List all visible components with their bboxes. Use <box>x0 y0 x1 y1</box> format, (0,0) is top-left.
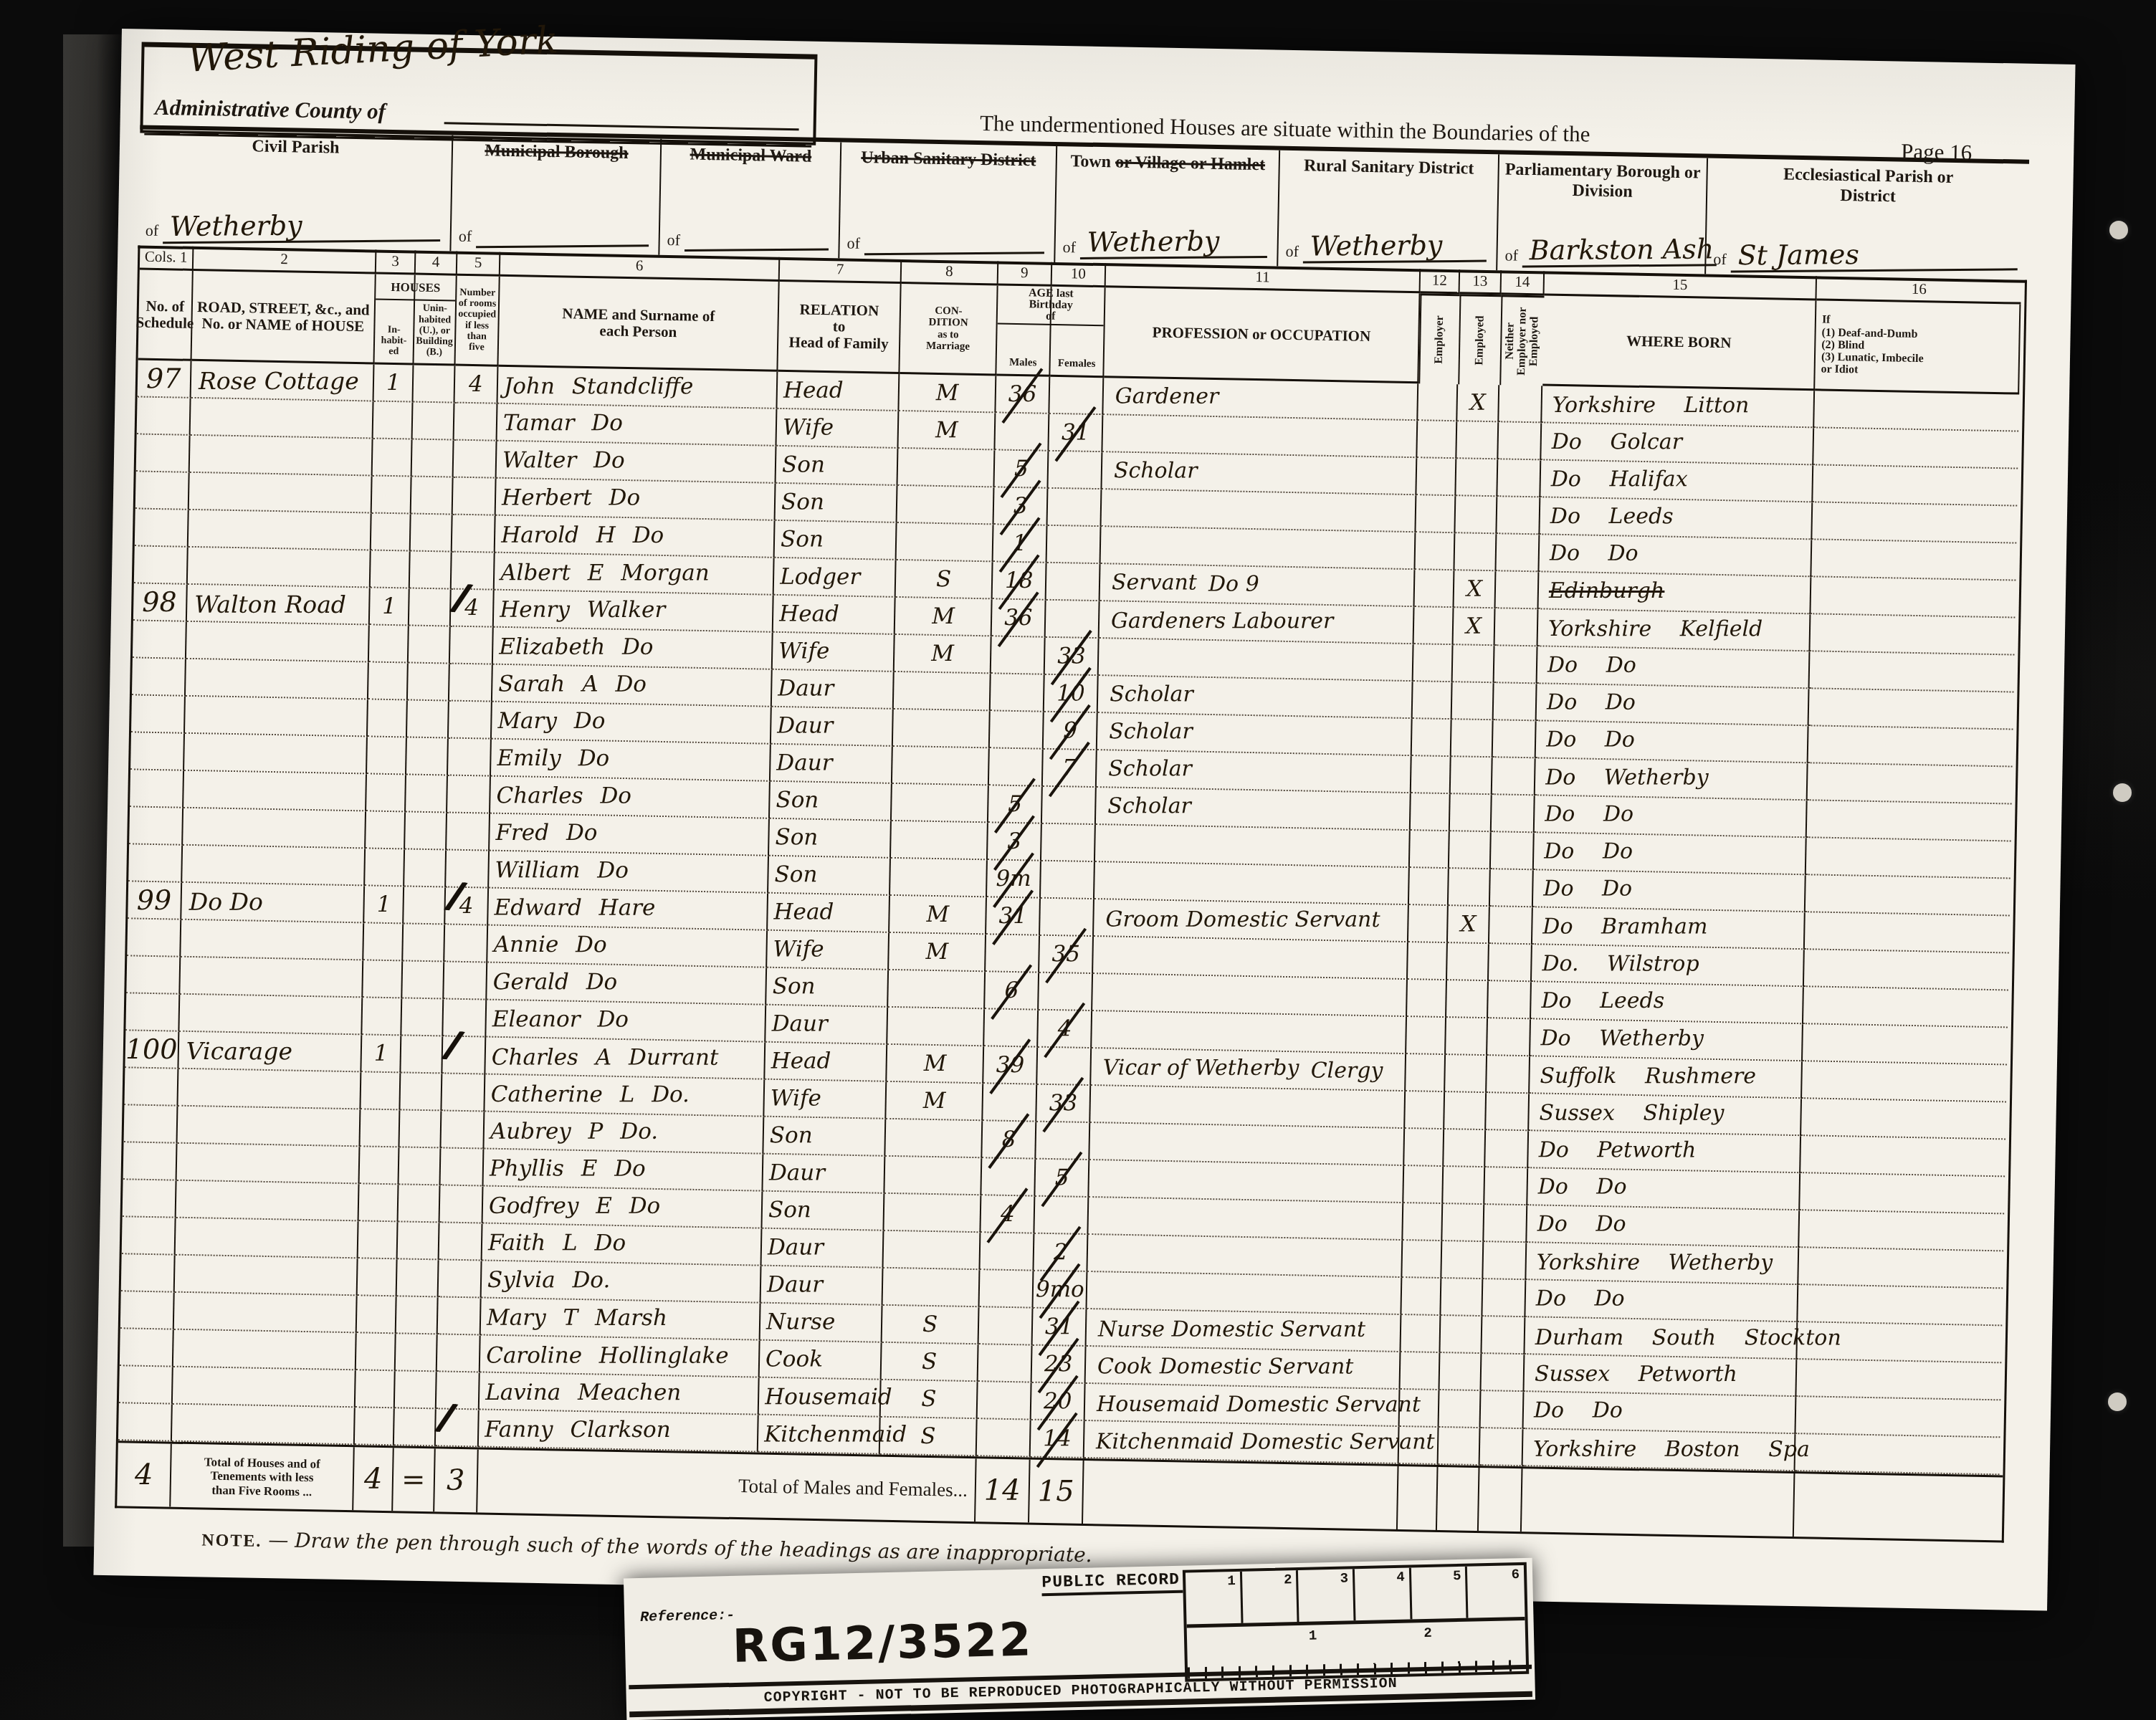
district-label-struck: Urban Sanitary District <box>861 148 1036 170</box>
ruler-inch-mark: 5 <box>1411 1567 1469 1619</box>
district-value-row: ofSt James <box>1713 238 2018 274</box>
handwritten-value: Suffolk Rushmere <box>1530 1066 1756 1087</box>
cell-employed <box>1446 980 1489 1018</box>
cell-name: Elizabeth Do <box>493 628 773 670</box>
handwritten-value: M <box>925 941 948 963</box>
cell-name: Tamar Do <box>497 404 778 446</box>
cell-employed: X <box>1457 384 1499 422</box>
column-number: 4 <box>416 251 458 276</box>
cell-age-male <box>979 1307 1034 1345</box>
handwritten-value: Son <box>769 864 818 886</box>
cell-neither <box>1496 534 1540 572</box>
cell-schedule <box>136 434 191 472</box>
cell-infirmity <box>1808 763 2013 804</box>
cell-name: Catherine L Do. <box>485 1075 765 1117</box>
cell-rooms <box>440 1185 484 1223</box>
cell-age-male <box>983 1084 1037 1122</box>
cell-employed <box>1453 645 1495 683</box>
handwritten-value: Do. Wilstrop <box>1532 953 1699 975</box>
handwritten-value: 36 <box>1004 607 1032 629</box>
cell-condition: M <box>895 598 993 636</box>
cell-where-born: Sussex Petworth <box>1524 1354 1797 1397</box>
cell-age-female: 10 <box>1044 675 1099 713</box>
handwritten-value: Head <box>778 379 844 401</box>
district-label: Rural Sanitary District <box>1280 150 1499 180</box>
handwritten-value: Wife <box>773 640 829 662</box>
district-value-row: ofWetherby <box>1062 226 1267 260</box>
handwritten-value: Scholar <box>1098 684 1193 705</box>
cell-relation: Head <box>777 372 900 411</box>
cell-rooms: ∕∕ <box>436 1409 480 1447</box>
cell-uninhabited <box>401 1036 443 1074</box>
handwritten-value: 4 <box>469 373 483 396</box>
cell-name: Aubrey P Do. <box>484 1112 764 1155</box>
cell-where-born: Do Do <box>1524 1392 1797 1434</box>
cell-where-born: Yorkshire Boston Spa <box>1523 1429 1796 1471</box>
handwritten-value: 1 <box>386 372 401 394</box>
handwritten-value: 36 <box>1008 383 1036 406</box>
cell-rooms: 4∕∕ <box>445 887 489 925</box>
cell-employed <box>1439 1428 1481 1466</box>
handwritten-value: 9 <box>1063 720 1077 742</box>
handwritten-value: Vicarage <box>179 1039 292 1063</box>
handwritten-value: Do Leeds <box>1540 506 1674 527</box>
cell-name: Mary T Marsh <box>481 1298 761 1340</box>
pencil-annotation: Clergy <box>1299 1060 1383 1081</box>
column-header: Neither Employer nor Employed <box>1499 295 1544 386</box>
district-box: Urban Sanitary Districtof <box>839 142 1057 262</box>
cell-infirmity <box>1802 1061 2007 1102</box>
handwritten-value: Daur <box>771 715 833 737</box>
cell-occupation <box>1087 1272 1402 1315</box>
cell-schedule <box>129 807 183 845</box>
cell-address <box>188 548 371 588</box>
cell-where-born: Yorkshire Litton <box>1542 386 1815 428</box>
cell-where-born: Do Do <box>1539 535 1812 577</box>
census-form-paper: Administrative County of West Riding of … <box>93 29 2075 1611</box>
handwritten-value: X <box>1466 615 1482 637</box>
cell-age-male: 31 <box>986 897 1041 935</box>
cell-rooms <box>448 739 492 777</box>
handwritten-value: Faith L Do <box>482 1232 626 1254</box>
column-number: 10 <box>1052 262 1107 287</box>
handwritten-value: 4 <box>1057 1018 1072 1040</box>
cell-employer <box>1411 756 1451 794</box>
cell-condition <box>890 859 988 897</box>
cell-rooms <box>454 441 497 479</box>
cell-rooms <box>442 1074 485 1112</box>
handwritten-value: Sussex Shipley <box>1530 1103 1725 1124</box>
cell-neither <box>1494 683 1537 721</box>
cell-inhabited <box>373 439 413 477</box>
cell-where-born: Do Do <box>1537 684 1810 726</box>
handwritten-value: Do Wetherby <box>1535 767 1708 788</box>
cell-infirmity <box>1801 1099 2006 1139</box>
handwritten-value: S <box>921 1387 936 1410</box>
handwritten-value: 1 <box>373 1042 388 1064</box>
cell-employer <box>1407 980 1447 1018</box>
cell-uninhabited <box>399 1147 442 1185</box>
cell-address <box>178 1069 361 1110</box>
handwritten-value: Henry Walker <box>494 598 665 621</box>
handwritten-value: Daur <box>771 752 832 774</box>
cell-inhabited <box>360 1109 400 1147</box>
handwritten-value: 5 <box>1014 458 1029 480</box>
punch-hole <box>2113 783 2132 802</box>
ruler-cm-mark: 2 <box>1423 1625 1432 1640</box>
cell-schedule: 97 <box>138 360 192 398</box>
cell-age-female <box>1049 377 1104 415</box>
district-label-text: Rural Sanitary District <box>1304 156 1474 178</box>
cell-employer <box>1417 421 1457 459</box>
handwritten-value: Yorkshire Kelfield <box>1538 618 1763 640</box>
district-box: Municipal Boroughof <box>451 135 662 254</box>
cell-age-male: 8 <box>982 1121 1036 1159</box>
cell-address <box>190 436 373 477</box>
cell-relation: Son <box>775 521 897 560</box>
cell-age-female <box>1040 899 1094 937</box>
handwritten-value: Walter Do <box>497 449 625 472</box>
column-number: 5 <box>457 252 501 277</box>
cell-schedule <box>131 695 186 733</box>
handwritten-value: 20 <box>1044 1390 1072 1413</box>
handwritten-value: Do Do <box>1527 1213 1626 1235</box>
handwritten-value: 4 <box>459 895 474 917</box>
cell-address: Walton Road <box>187 585 371 626</box>
cell-name: Harold H Do <box>495 516 776 558</box>
handwritten-value: Edward Hare <box>489 897 656 919</box>
cell-employer <box>1409 868 1449 906</box>
column-number: Cols. 1 <box>140 246 194 271</box>
cell-address <box>174 1293 358 1334</box>
column-number: 7 <box>780 257 902 284</box>
cell-inhabited <box>367 737 407 775</box>
handwritten-value: Eleanor Do <box>487 1008 629 1031</box>
cell-address <box>183 808 366 849</box>
handwritten-value: Do Petworth <box>1529 1139 1697 1161</box>
district-label-text: Ecclesiastical Parish or District <box>1783 166 1954 206</box>
handwritten-value: Fred Do <box>490 821 598 844</box>
cell-employer <box>1412 719 1452 757</box>
cell-inhabited <box>363 923 404 961</box>
column-number: 3 <box>376 250 416 275</box>
public-record-office-stamp: PUBLIC RECORD OFFICE Reference:- RG12/35… <box>624 1558 1535 1720</box>
handwritten-value: Daur <box>763 1162 825 1184</box>
cell-address <box>186 659 369 700</box>
handwritten-value: M <box>935 382 958 404</box>
cell-where-born: Do Leeds <box>1531 982 1804 1024</box>
handwritten-value: Edinburgh <box>1539 580 1664 602</box>
handwritten-value: Charles A Durrant <box>486 1046 719 1069</box>
cell-age-male <box>991 636 1046 674</box>
cell-age-male <box>990 711 1044 749</box>
cell-uninhabited <box>412 440 454 478</box>
handwritten-value: Son <box>775 528 824 550</box>
cell-age-male: 36 <box>996 376 1050 414</box>
cell-schedule <box>130 732 185 770</box>
column-header: ROAD, STREET, &c., and No. or NAME of HO… <box>192 271 376 365</box>
cell-address <box>179 995 363 1036</box>
cell-employed <box>1449 831 1492 869</box>
cell-where-born: Yorkshire Wetherby <box>1526 1243 1799 1285</box>
cell-employer <box>1400 1390 1440 1428</box>
ruler-inch-mark: 4 <box>1355 1567 1412 1620</box>
cell-occupation <box>1093 937 1408 980</box>
cell-employed <box>1442 1204 1484 1242</box>
cell-infirmity <box>1800 1173 2005 1214</box>
cell-rooms <box>452 515 496 553</box>
cell-name: Walter Do <box>497 441 777 484</box>
column-header: Employer <box>1418 293 1459 384</box>
cell-occupation <box>1101 489 1416 532</box>
handwritten-value: Lavina Meachen <box>480 1381 681 1403</box>
cell-inhabited: 1 <box>361 1035 401 1073</box>
handwritten-value: Head <box>765 1050 831 1072</box>
cell-employed <box>1439 1353 1482 1391</box>
handwritten-value: 3 <box>1007 830 1021 852</box>
cell-where-born: Do Do <box>1533 870 1806 912</box>
handwritten-value: Scholar <box>1097 721 1193 742</box>
column-header: RELATION to Head of Family <box>778 282 901 374</box>
cell-neither <box>1491 832 1535 870</box>
cell-inhabited <box>371 550 411 588</box>
cell-schedule <box>121 1254 176 1292</box>
cell-infirmity <box>1795 1397 2000 1438</box>
of-prefix: of <box>1713 250 1727 269</box>
handwritten-value: 18 <box>1005 570 1033 592</box>
handwritten-value: Do Do <box>1534 841 1633 863</box>
cell-employed <box>1439 1390 1482 1428</box>
cell-occupation <box>1089 1160 1404 1203</box>
handwritten-value: Daur <box>762 1236 824 1258</box>
district-label-text: Town <box>1070 152 1111 171</box>
cell-inhabited <box>369 625 409 663</box>
cell-employer <box>1413 682 1453 720</box>
handwritten-value: Cook <box>760 1348 823 1370</box>
cell-employed <box>1444 1092 1487 1130</box>
cell-uninhabited <box>405 812 447 850</box>
cell-age-female <box>1042 787 1097 825</box>
cell-condition: M <box>889 896 987 935</box>
cell-employer <box>1401 1278 1441 1316</box>
handwritten-value: 7 <box>1062 757 1077 779</box>
handwritten-value: Wife <box>765 1087 821 1109</box>
cell-neither <box>1481 1391 1525 1429</box>
cell-infirmity <box>1813 465 2018 506</box>
cell-employed: X <box>1454 570 1497 608</box>
cell-schedule <box>133 621 187 659</box>
cell-rooms <box>439 1260 482 1298</box>
cell-inhabited <box>360 1147 400 1185</box>
handwritten-value: Rose Cottage <box>191 368 359 392</box>
cell-rooms <box>454 403 498 441</box>
footnote: NOTE. — Draw the pen through such of the… <box>201 1526 1092 1567</box>
district-box: Municipal Wardof <box>659 139 841 259</box>
handwritten-value: S <box>922 1313 938 1335</box>
handwritten-value: 10 <box>1056 682 1084 704</box>
cell-employed <box>1452 682 1494 720</box>
census-scan: Administrative County of West Riding of … <box>0 0 2156 1720</box>
handwritten-value: Herbert Do <box>496 487 640 509</box>
cell-inhabited <box>356 1370 396 1408</box>
cell-uninhabited <box>407 700 449 738</box>
cell-occupation: Scholar <box>1097 713 1413 756</box>
cell-condition <box>884 1194 981 1233</box>
cell-name: Lavina Meachen <box>480 1372 760 1415</box>
cell-name: Fred Do <box>490 814 770 856</box>
handwritten-value: Son <box>764 1124 813 1147</box>
cell-uninhabited <box>398 1222 440 1260</box>
cell-age-female: 7 <box>1043 750 1097 788</box>
district-value: Wetherby <box>1303 231 1487 264</box>
punch-hole <box>2108 1392 2127 1411</box>
handwritten-value: M <box>923 1053 946 1075</box>
cell-age-female: 31 <box>1049 414 1103 452</box>
cell-condition <box>888 970 986 1009</box>
cell-where-born: Do Golcar <box>1541 423 1814 465</box>
cell-address: Rose Cottage <box>191 361 375 402</box>
cell-infirmity <box>1804 950 2009 990</box>
cell-inhabited <box>356 1333 396 1371</box>
district-label: Town or Village or Hamlet <box>1057 146 1279 176</box>
cell-name: Emily Do <box>491 740 771 782</box>
cell-occupation <box>1088 1198 1403 1241</box>
handwritten-value: Head <box>768 901 834 923</box>
cell-infirmity <box>1807 801 2012 841</box>
handwritten-value: Scholar <box>1096 795 1191 817</box>
cell-employer <box>1399 1427 1439 1465</box>
handwritten-value: 99 <box>137 887 171 914</box>
handwritten-value: X <box>1460 913 1476 935</box>
uninhabited-total-value: = <box>401 1466 426 1494</box>
cell-empty <box>1083 1461 1399 1529</box>
ruler-inch-mark: 1 <box>1186 1572 1243 1624</box>
cell-name: Faith L Do <box>482 1224 763 1266</box>
cell-schedule <box>132 658 186 696</box>
cell-rooms-total: 3 <box>434 1448 479 1512</box>
cell-occupation: Scholar <box>1102 452 1417 495</box>
district-value <box>476 216 649 248</box>
district-box: Parliamentary Borough or DivisionofBarks… <box>1497 154 1708 274</box>
cell-age-female <box>1046 563 1101 601</box>
cell-uninhabited <box>395 1371 437 1409</box>
handwritten-value: Son <box>776 491 824 513</box>
cell-rooms <box>439 1223 483 1261</box>
handwritten-value: 8 <box>1001 1128 1016 1150</box>
cell-schedule <box>127 919 181 957</box>
cell-neither <box>1487 1056 1530 1094</box>
district-box: Civil ParishofWetherby <box>138 129 453 251</box>
cell-neither <box>1487 1018 1531 1056</box>
cell-occupation <box>1095 825 1411 868</box>
column-header: WHERE BORN <box>1542 295 1816 391</box>
handwritten-value: Annie Do <box>488 934 607 956</box>
cell-neither <box>1494 646 1538 684</box>
handwritten-value: Do Do <box>1524 1400 1623 1421</box>
handwritten-value: Wife <box>777 416 834 439</box>
cell-age-female <box>1039 973 1093 1011</box>
cell-employed <box>1456 459 1498 497</box>
cell-neither <box>1490 869 1534 907</box>
cell-condition <box>894 672 991 711</box>
handwritten-value: Do Wetherby <box>1531 1028 1704 1049</box>
cell-occupation: Scholar <box>1098 676 1413 719</box>
cell-employed <box>1456 421 1499 459</box>
cell-address <box>177 1144 361 1185</box>
cell-age-female <box>1037 1048 1092 1086</box>
cell-houses-total-label: Total of Houses and of Tenements with le… <box>171 1444 355 1511</box>
column-number: 9 <box>998 261 1053 286</box>
column-header: Employed <box>1458 294 1501 385</box>
cell-inhabited <box>366 774 406 812</box>
males-total-value: 14 <box>984 1476 1021 1505</box>
cell-age-female: 33 <box>1036 1085 1091 1123</box>
handwritten-value: M <box>935 419 958 441</box>
cell-address <box>181 920 364 961</box>
cell-condition <box>897 523 994 562</box>
column-number: 8 <box>902 259 999 285</box>
district-value: Barkston Ash <box>1522 235 1717 267</box>
cell-name: Mary Do <box>492 702 772 745</box>
column-header: No. of Schedule <box>138 270 194 361</box>
cell-schedule <box>125 993 180 1031</box>
ruler-inch-mark: 3 <box>1298 1569 1355 1621</box>
handwritten-value: Caroline Hollinglake <box>480 1344 728 1367</box>
cell-address <box>184 734 368 775</box>
cell-inhabited <box>363 960 403 998</box>
cell-infirmity <box>1796 1360 2001 1400</box>
pencil-annotation: Do 9 <box>1197 573 1259 595</box>
handwritten-value: 14 <box>1043 1428 1071 1450</box>
cell-employer <box>1406 1017 1446 1055</box>
cell-neither <box>1497 497 1540 535</box>
cell-where-born: Do Wetherby <box>1530 1019 1803 1061</box>
stamp-reference-number: RG12/3522 <box>732 1613 1034 1673</box>
cell-uninhabited <box>399 1110 442 1148</box>
cell-relation: Daur <box>772 670 895 709</box>
cell-neither <box>1495 571 1539 609</box>
cell-age-male <box>989 748 1044 786</box>
handwritten-value: Charles Do <box>490 785 631 807</box>
cell-schedule <box>124 1068 178 1106</box>
handwritten-value: Sarah A Do <box>492 673 647 695</box>
cell-age-female <box>1048 451 1102 489</box>
column-header: If (1) Deaf-and-Dumb (2) Blind (3) Lunat… <box>1815 300 2021 394</box>
cell-relation: Daur <box>765 1005 888 1045</box>
cell-condition <box>897 486 995 525</box>
handwritten-value: Scholar <box>1097 758 1192 780</box>
cell-infirmity <box>1811 577 2016 618</box>
handwritten-value: M <box>932 606 955 628</box>
handwritten-value: 1 <box>376 893 391 915</box>
cell-employed <box>1441 1279 1483 1317</box>
district-value-row: of <box>459 215 649 249</box>
cell-relation: Head <box>773 596 896 635</box>
cell-age-male: 9m <box>987 860 1041 898</box>
cell-neither <box>1482 1317 1525 1354</box>
cell-address <box>185 697 368 737</box>
cell-uninhabited <box>394 1408 437 1446</box>
cell-occupation <box>1092 974 1408 1017</box>
column-header: PROFESSION or OCCUPATION <box>1104 287 1420 383</box>
cell-employed: X <box>1454 608 1496 646</box>
cell-neither <box>1489 944 1532 982</box>
cell-relation: Son <box>763 1117 886 1157</box>
cell-schedule <box>134 546 189 584</box>
handwritten-value: Yorkshire Wetherby <box>1527 1252 1773 1274</box>
administrative-county-blank-line <box>444 122 799 130</box>
cell-neither <box>1492 758 1536 795</box>
